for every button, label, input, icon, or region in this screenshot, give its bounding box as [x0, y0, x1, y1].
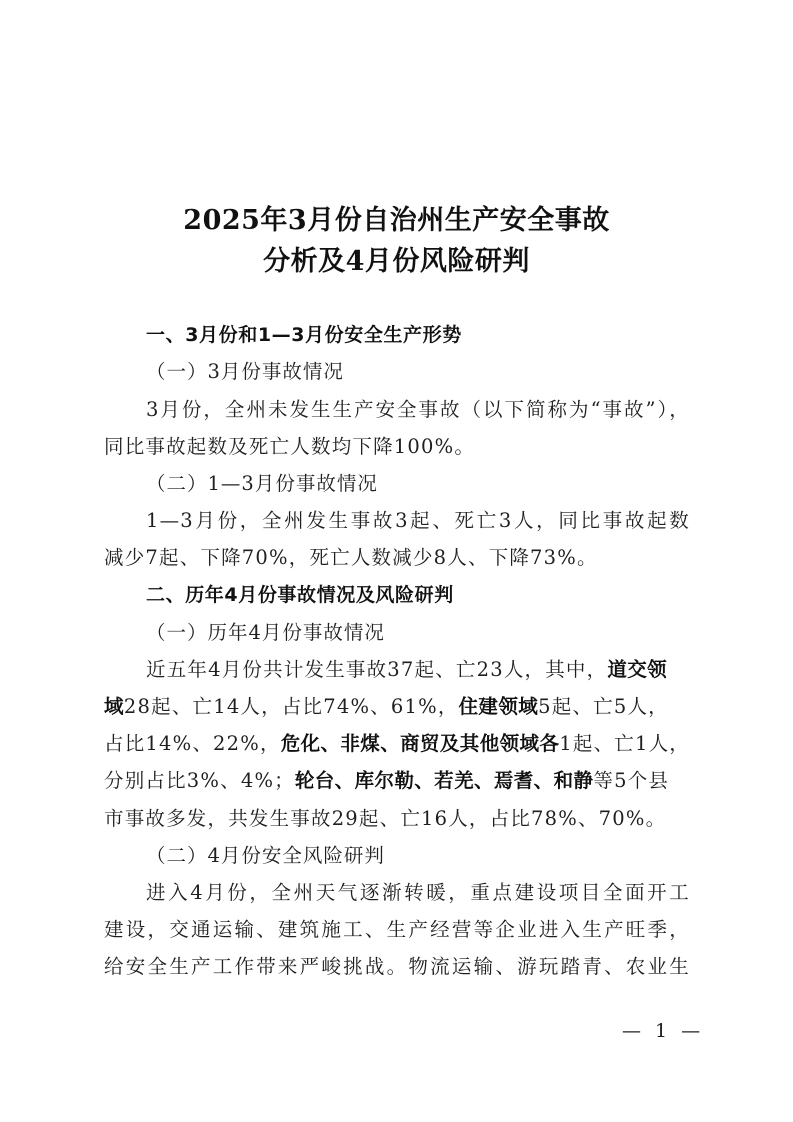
section-2-sub-2-heading: （二）4月份安全风险研判 — [146, 843, 736, 869]
page-number: — 1 — — [622, 1020, 704, 1042]
section-1-sub-1-heading: （一）3月份事故情况 — [146, 359, 736, 385]
paragraph-line: 给安全生产工作带来严峻挑战。物流运输、游玩踏青、农业生 — [104, 954, 690, 980]
paragraph-line: 建设，交通运输、建筑施工、生产经营等企业进入生产旺季， — [104, 917, 690, 943]
text-run: 占比14%、22%， — [104, 732, 281, 755]
emphasis-text: 住建领域 — [459, 695, 539, 718]
paragraph-line: 同比事故起数及死亡人数均下降100%。 — [104, 434, 694, 460]
paragraph-line: 市事故多发，共发生事故29起、亡16人，占比78%、70%。 — [104, 806, 694, 832]
paragraph-line: 3月份，全州未发生生产安全事故（以下简称为“事故”）， — [146, 397, 690, 423]
section-1-heading: 一、3月份和1—3月份安全生产形势 — [146, 322, 736, 348]
document-page: 2025年3月份自治州生产安全事故 分析及4月份风险研判 一、3月份和1—3月份… — [0, 0, 793, 1122]
text-run: 5起、亡5人， — [538, 695, 669, 718]
text-run: 等5个县 — [593, 769, 669, 792]
paragraph-line: 占比14%、22%，危化、非煤、商贸及其他领域各1起、亡1人， — [104, 731, 694, 757]
document-title-line-2: 分析及4月份风险研判 — [0, 239, 793, 278]
section-2-heading: 二、历年4月份事故情况及风险研判 — [146, 582, 736, 608]
text-run: 分别占比3%、4%； — [104, 769, 295, 792]
paragraph-line: 减少7起、下降70%，死亡人数减少8人、下降73%。 — [104, 545, 694, 571]
emphasis-text: 轮台、库尔勒、若羌、焉耆、和静 — [295, 769, 594, 792]
text-run: 1起、亡1人， — [559, 732, 690, 755]
emphasis-text: 危化、非煤、商贸及其他领域各 — [281, 732, 560, 755]
paragraph-line: 分别占比3%、4%；轮台、库尔勒、若羌、焉耆、和静等5个县 — [104, 768, 694, 794]
section-1-sub-2-heading: （二）1—3月份事故情况 — [146, 471, 736, 497]
text-run: 28起、亡14人，占比74%、61%， — [124, 695, 459, 718]
document-title-line-1: 2025年3月份自治州生产安全事故 — [0, 198, 793, 237]
emphasis-text: 域 — [104, 695, 124, 718]
paragraph-line: 域28起、亡14人，占比74%、61%，住建领域5起、亡5人， — [104, 694, 694, 720]
text-run: 近五年4月份共计发生事故37起、亡23人，其中， — [146, 658, 607, 681]
section-2-sub-1-heading: （一）历年4月份事故情况 — [146, 620, 736, 646]
paragraph-line: 近五年4月份共计发生事故37起、亡23人，其中，道交领 — [146, 657, 736, 683]
paragraph-line: 1—3月份，全州发生事故3起、死亡3人，同比事故起数 — [146, 508, 690, 534]
paragraph-line: 进入4月份，全州天气逐渐转暖，重点建设项目全面开工 — [146, 880, 690, 906]
emphasis-text: 道交领 — [607, 658, 667, 681]
